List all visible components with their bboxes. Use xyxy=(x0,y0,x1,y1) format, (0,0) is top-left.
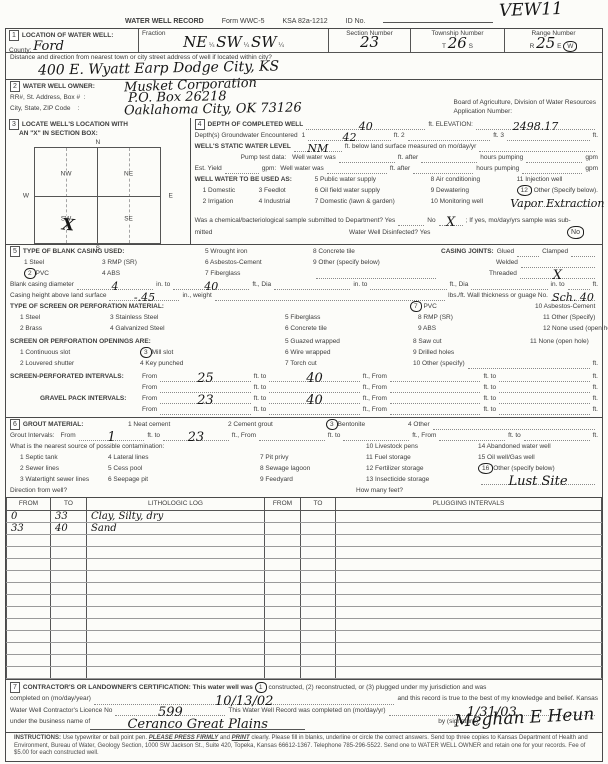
ft-label: ft. xyxy=(593,382,598,393)
contamination-option: 13 Insecticide storage xyxy=(366,474,478,485)
casing-diameter-value: 4 xyxy=(112,282,119,292)
casing-option: 6 Asbestos-Cement xyxy=(205,257,313,268)
sample-question: Was a chemical/bacteriological sample su… xyxy=(195,215,396,226)
section-number-box: 1 xyxy=(9,30,19,41)
depth-label: DEPTH OF COMPLETED WELL xyxy=(208,121,304,128)
sample-no-label: No xyxy=(427,215,435,226)
well-water-was-label: Well water was xyxy=(280,163,324,174)
owner-city-value: Oaklahoma City, OK 73126 xyxy=(124,100,302,118)
section-grout: 6GROUT MATERIAL: 1 Neat cement 2 Cement … xyxy=(6,417,602,497)
blank xyxy=(390,407,480,415)
township-cell: Township Number T 26 S xyxy=(410,29,504,52)
blank xyxy=(507,133,590,141)
blank: 2498.17 xyxy=(476,122,595,130)
contamination-option: 3 Watertight sewer lines xyxy=(20,474,108,485)
direction-question: Direction from well? xyxy=(10,485,67,496)
blank: Vapor Extraction xyxy=(520,199,595,207)
log-row-empty xyxy=(7,618,602,630)
section-square: NW NE SW SE X xyxy=(34,147,161,244)
form-body: 1LOCATION OF WATER WELL: County: Ford Fr… xyxy=(5,28,603,762)
quadrant-se: SE xyxy=(122,216,135,223)
welded-label: Welded xyxy=(496,257,518,268)
blank xyxy=(499,407,589,415)
section-number-box: 2 xyxy=(10,81,20,92)
grout-option: 1 Neat cement xyxy=(128,419,228,430)
ft-label: ft. xyxy=(593,279,598,290)
contamination-other-value: Lust Site xyxy=(508,477,567,487)
from-label: From xyxy=(60,430,75,441)
ft-from-label: ft., From xyxy=(363,404,387,415)
grout-interval-from: 1 xyxy=(107,433,115,443)
blank xyxy=(269,407,359,415)
log-row-empty xyxy=(7,642,602,654)
section-number-box: 6 xyxy=(10,419,20,430)
openings-title: SCREEN OR PERFORATION OPENINGS ARE: xyxy=(10,336,285,347)
locate-title-2: AN "X" IN SECTION BOX: xyxy=(9,130,187,137)
section-well-details: 4DEPTH OF COMPLETED WELL 40 ft. ELEVATIO… xyxy=(191,118,602,244)
contamination-option: 5 Cess pool xyxy=(108,463,260,474)
blank: X xyxy=(439,218,463,226)
ft-label: ft. xyxy=(593,393,598,404)
ft-dia-label: ft., Dia xyxy=(252,279,271,290)
groundwater-label: Depth(s) Groundwater Encountered xyxy=(195,130,298,141)
blank: 10/13/02 xyxy=(94,697,395,705)
screen-pvc-circled: 7 xyxy=(410,301,422,312)
instructions-emphasis: PRINT xyxy=(232,735,250,741)
sample-question-tail: ; If yes, mo/day/yrs sample was sub- xyxy=(466,215,571,226)
screen-intervals-label: SCREEN-PERFORATED INTERVALS: xyxy=(10,371,142,382)
ft-label: ft. xyxy=(593,404,598,415)
log-row-empty xyxy=(7,570,602,582)
id-blank xyxy=(383,16,493,23)
blank: 40 xyxy=(269,396,359,404)
range-e: E xyxy=(557,43,561,50)
water-well-record-form: WATER WELL RECORD Form WWC-5 KSA 82a-121… xyxy=(0,0,608,764)
threaded-label: Threaded xyxy=(489,268,517,279)
log-row: 0 33 Clay, Silty, dry xyxy=(7,510,602,522)
use-option: 8 Air conditioning xyxy=(431,174,517,185)
range-value: 25 xyxy=(536,34,555,52)
log-header-lithologic: LITHOLOGIC LOG xyxy=(87,498,265,510)
screen-option: 5 Fiberglass xyxy=(285,312,418,323)
use-option: 9 Dewatering xyxy=(431,185,517,196)
owner-address-label: RR#, St. Address, Box # xyxy=(10,94,80,101)
opening-option: 6 Wire wrapped xyxy=(285,347,413,358)
bentonite-circled: 3 xyxy=(326,419,338,430)
screen-option: 4 Galvanized Steel xyxy=(110,323,285,334)
ft-label: ft. xyxy=(593,430,598,441)
ft-label: ft. xyxy=(593,371,598,382)
section-owner: 2WATER WELL OWNER: RR#, St. Address, Box… xyxy=(6,79,602,118)
use-option: 4 Industrial xyxy=(259,196,315,207)
use-option: 10 Monitoring well xyxy=(431,196,517,207)
casing-option: 4 ABS xyxy=(102,268,205,279)
certification-text: constructed, (2) reconstructed, or (3) p… xyxy=(269,682,487,694)
instructions-text: and xyxy=(220,735,230,741)
ft-dia-label: ft., Dia xyxy=(450,279,469,290)
opening-option: 7 Torch cut xyxy=(285,358,413,369)
pump-test-label: Pump test data: xyxy=(241,152,287,163)
screen-option: 3 Stainless Steel xyxy=(110,312,285,323)
owner-city-label: City, State, ZIP Code xyxy=(10,105,70,112)
use-option: 3 Feedlot xyxy=(259,185,315,196)
section-certification: 7CONTRACTOR'S OR LANDOWNER'S CERTIFICATI… xyxy=(6,679,602,733)
disinfected-no-circled: No xyxy=(567,226,584,239)
location-title: LOCATION OF WATER WELL: xyxy=(22,32,113,39)
screen-material-title: TYPE OF SCREEN OR PERFORATION MATERIAL: xyxy=(10,301,410,312)
casing-option: 8 Concrete tile xyxy=(313,246,441,257)
log-row-empty xyxy=(7,654,602,666)
compass-w: W xyxy=(23,193,29,200)
section-number-box: 3 xyxy=(9,119,19,130)
blank xyxy=(571,249,595,257)
certification-text: and this record is true to the best of m… xyxy=(397,693,598,705)
use-option: 6 Oil field water supply xyxy=(315,185,431,196)
fraction-3: SW xyxy=(251,33,277,51)
screen-option: 1 Steel xyxy=(20,312,110,323)
contamination-option: 7 Pit privy xyxy=(260,452,366,463)
clamped-label: Clamped xyxy=(542,246,568,257)
opening-option: 2 Louvered shutter xyxy=(20,358,140,369)
form-title: WATER WELL RECORD xyxy=(125,18,204,25)
est-yield-label: Est. Yield xyxy=(195,163,222,174)
fraction-cell: Fraction NE ¼ SW ¼ SW ¼ xyxy=(138,29,328,52)
blank xyxy=(526,155,582,163)
log-row-empty xyxy=(7,558,602,570)
casing-height-label: Casing height above land surface xyxy=(10,290,106,301)
from-label: From xyxy=(142,371,157,382)
blank xyxy=(160,407,250,415)
id-label: ID No. xyxy=(346,18,366,25)
hours-pumping-label: hours pumping xyxy=(480,152,523,163)
blank xyxy=(439,433,505,441)
use-option: 11 Injection well xyxy=(517,174,563,185)
ft-after-label: ft. after xyxy=(398,152,418,163)
blank: 42 xyxy=(308,133,391,141)
blank xyxy=(499,396,589,404)
ft-label: ft. xyxy=(593,130,598,141)
blank xyxy=(225,166,259,174)
ft-to-label: ft. to xyxy=(254,371,267,382)
blank xyxy=(215,293,445,301)
colon: : xyxy=(78,105,80,112)
use-option: 1 Domestic xyxy=(203,185,259,196)
blank: -.45 xyxy=(109,293,179,301)
log-header-from: FROM xyxy=(265,498,301,510)
application-number-label: Application Number: xyxy=(454,107,596,116)
blank: 4 xyxy=(77,282,153,290)
use-option: 7 Domestic (lawn & garden) xyxy=(315,196,431,207)
blank: 1 xyxy=(79,433,145,441)
log-row-empty xyxy=(7,546,602,558)
blank xyxy=(468,361,590,369)
township-s: S xyxy=(469,43,473,50)
section-3-4-row: 3LOCATE WELL'S LOCATION WITH AN "X" IN S… xyxy=(6,118,602,244)
casing-option: 7 Fiberglass xyxy=(205,268,313,279)
use-option: 2 Irrigation xyxy=(203,196,259,207)
blank xyxy=(398,218,424,226)
use-12-circled: 12 xyxy=(517,185,532,196)
distance-row: Distance and direction from nearest town… xyxy=(6,52,602,79)
in-to-label: in. to xyxy=(156,279,170,290)
screen-interval-from: 25 xyxy=(197,374,214,384)
blank: 23 xyxy=(160,396,250,404)
lithologic-log-table: FROM TO LITHOLOGIC LOG FROM TO PLUGGING … xyxy=(6,497,602,679)
ft-after-label: ft. after xyxy=(390,163,410,174)
gravel-pack-to: 40 xyxy=(306,396,323,406)
casing-pvc-circled: 2 xyxy=(24,268,36,279)
gravel-pack-from: 23 xyxy=(197,396,214,406)
groundwater-1-label: 1 xyxy=(302,130,306,141)
log-row-empty xyxy=(7,630,602,642)
gpm-label: gpm xyxy=(585,152,598,163)
ft-to-label: ft. to xyxy=(254,404,267,415)
blank xyxy=(517,249,539,257)
blank: 40 xyxy=(306,122,425,130)
blank xyxy=(269,385,359,393)
handwritten-annotation: VEW11 xyxy=(499,0,563,21)
business-name-value: Ceranco Great Plains xyxy=(127,720,267,730)
depth-value: 40 xyxy=(359,122,373,132)
ft-from-label: ft., From xyxy=(363,371,387,382)
center-horizontal-line xyxy=(35,196,160,197)
blank xyxy=(327,166,387,174)
wall-thickness-label: lbs./ft. Wall thickness or guage No. xyxy=(448,290,548,301)
static-water-level-label: WELL'S STATIC WATER LEVEL xyxy=(195,141,291,152)
section-locate-box: 3LOCATE WELL'S LOCATION WITH AN "X" IN S… xyxy=(6,118,191,244)
county-cell: 1LOCATION OF WATER WELL: County: Ford xyxy=(6,29,138,52)
blank: 599 xyxy=(115,708,225,716)
log-header-to: TO xyxy=(51,498,87,510)
section-number-box: 7 xyxy=(10,682,20,693)
ft-from-label: ft., From xyxy=(412,430,436,441)
blank xyxy=(479,144,595,152)
casing-joints-label: CASING JOINTS: xyxy=(441,246,494,257)
ft-to-label: ft. to xyxy=(483,371,496,382)
use-option: Other (Specify below). xyxy=(534,187,598,194)
township-value: 26 xyxy=(448,34,467,52)
blank xyxy=(521,260,595,268)
licence-label: Water Well Contractor's Licence No xyxy=(10,705,112,717)
blank xyxy=(390,385,480,393)
in-to-label: in. to xyxy=(353,279,367,290)
compass-n: N xyxy=(95,139,100,146)
township-t: T xyxy=(442,43,446,50)
blank: Sch. 40 xyxy=(551,293,595,301)
contamination-option: Other (specify below) xyxy=(493,465,554,472)
screen-option: 2 Brass xyxy=(20,323,110,334)
business-name-blank: Ceranco Great Plains xyxy=(90,719,305,730)
owner-title: WATER WELL OWNER: xyxy=(23,83,95,90)
log-row-empty xyxy=(7,606,602,618)
section-number-value: 23 xyxy=(332,33,407,51)
blank: Lust Site xyxy=(481,477,595,485)
well-location-x-mark: X xyxy=(61,214,75,234)
range-cell: Range Number R 25 E W xyxy=(504,29,602,52)
quadrant-nw: NW xyxy=(59,170,74,177)
ft-to-label: ft. to xyxy=(483,382,496,393)
blank: 40 xyxy=(173,282,249,290)
opening-option: 1 Continuous slot xyxy=(20,347,140,358)
quarter-mark: ¼ xyxy=(244,42,249,49)
blank xyxy=(421,155,477,163)
blank xyxy=(499,385,589,393)
blank xyxy=(568,282,590,290)
contamination-option: 12 Fertilizer storage xyxy=(366,463,478,474)
colon: : xyxy=(84,94,86,101)
contamination-option: 6 Seepage pit xyxy=(108,474,260,485)
instructions-emphasis: PLEASE PRESS FIRMLY xyxy=(149,735,219,741)
contamination-option: 15 Oil well/Gas well xyxy=(478,452,535,463)
from-label: From xyxy=(142,382,157,393)
ft-label: ft. xyxy=(593,358,598,369)
screen-option: 12 None used (open hole) xyxy=(543,323,608,334)
grout-option: Bentonite xyxy=(338,421,365,428)
log-to: 33 xyxy=(55,512,68,522)
casing-option: 3 RMP (SR) xyxy=(102,257,205,268)
contamination-option: 2 Sewer lines xyxy=(20,463,108,474)
groundwater-2-label: ft. 2 xyxy=(394,130,405,141)
grout-intervals-label: Grout Intervals: xyxy=(10,430,54,441)
blank xyxy=(471,282,547,290)
constructed-circled: 1 xyxy=(255,682,267,693)
statute: KSA 82a-1212 xyxy=(282,18,327,25)
quadrant-ne: NE xyxy=(122,170,135,177)
blank xyxy=(413,166,473,174)
ft-from-label: ft., From xyxy=(232,430,256,441)
ft-to-label: ft. to xyxy=(483,404,496,415)
blank xyxy=(370,282,446,290)
log-from: 33 xyxy=(11,524,24,534)
use-option: 5 Public water supply xyxy=(315,174,431,185)
ft-to-label: ft. to xyxy=(254,382,267,393)
fraction-2: SW xyxy=(216,33,242,51)
ft-to-label: ft. to xyxy=(147,430,160,441)
from-label: From xyxy=(142,393,157,404)
gpm-label: gpm xyxy=(585,163,598,174)
compass-e: E xyxy=(168,193,172,200)
form-number: Form WWC-5 xyxy=(222,18,265,25)
opening-option: Mill slot xyxy=(152,349,174,356)
gpm2-label: gpm: xyxy=(262,163,276,174)
section-casing: 5TYPE OF BLANK CASING USED: 5 Wrought ir… xyxy=(6,244,602,417)
disinfected-question: Water Well Disinfected? Yes xyxy=(349,227,430,238)
completed-date-value: 10/13/02 xyxy=(215,697,273,707)
log-description: Clay, Silty, dry xyxy=(91,512,163,522)
screen-interval-to: 40 xyxy=(306,374,323,384)
opening-option: 8 Saw cut xyxy=(413,336,530,347)
contamination-option: 9 Feedyard xyxy=(260,474,366,485)
instructions-text: Use typewriter or ball point pen. xyxy=(63,735,147,741)
contamination-option: 8 Sewage lagoon xyxy=(260,463,366,474)
section-box-diagram: N S W E NW NE SW SE X xyxy=(23,141,173,251)
blank xyxy=(339,155,395,163)
casing-option: 1 Steel xyxy=(24,257,102,268)
log-row-empty xyxy=(7,582,602,594)
hours-pumping-label: hours pumping xyxy=(476,163,519,174)
casing-option: 5 Wrought iron xyxy=(205,246,313,257)
contamination-option: 11 Fuel storage xyxy=(366,452,478,463)
blank xyxy=(499,374,589,382)
sample-question-tail-2: mitted xyxy=(195,227,213,238)
blank xyxy=(390,374,480,382)
static-water-level-post: ft. below land surface measured on mo/da… xyxy=(345,141,477,152)
blank xyxy=(259,433,325,441)
groundwater-1-value: 42 xyxy=(343,133,357,143)
opening-option: 11 None (open hole) xyxy=(530,336,589,347)
section-location: 1LOCATION OF WATER WELL: County: Ford Fr… xyxy=(6,29,602,79)
blank: NM xyxy=(294,144,342,152)
opening-option: 4 Key punched xyxy=(140,358,285,369)
log-header-plugging: PLUGGING INTERVALS xyxy=(336,498,602,510)
blank xyxy=(343,433,409,441)
blank xyxy=(433,422,595,430)
opening-option: 5 Guazed wrapped xyxy=(285,336,413,347)
blank xyxy=(160,385,250,393)
ft-to-label: ft. to xyxy=(328,430,341,441)
blank xyxy=(408,133,491,141)
log-from: 0 xyxy=(11,512,17,522)
glued-label: Glued xyxy=(497,246,514,257)
grout-option: 4 Other xyxy=(408,419,430,430)
ft-to-label: ft. to xyxy=(508,430,521,441)
grout-interval-to: 23 xyxy=(188,433,205,443)
blank xyxy=(522,166,582,174)
ft-from-label: ft., From xyxy=(363,393,387,404)
log-row-empty xyxy=(7,534,602,546)
instructions-label: INSTRUCTIONS: xyxy=(14,735,61,741)
ft-to-label: ft. to xyxy=(254,393,267,404)
quarter-mark: ¼ xyxy=(209,42,214,49)
ft-from-label: ft., From xyxy=(363,382,387,393)
ft-to-label: ft. to xyxy=(483,393,496,404)
blank: 40 xyxy=(269,374,359,382)
grout-option: 2 Cement grout xyxy=(228,419,326,430)
elevation-label: ft. ELEVATION: xyxy=(428,119,473,130)
log-row-empty xyxy=(7,594,602,606)
casing-depth-value: 40 xyxy=(204,282,218,292)
casing-height-value: -.45 xyxy=(134,293,155,303)
contamination-option: 10 Livestock pens xyxy=(366,441,478,452)
section-number-cell: Section Number 23 xyxy=(328,29,410,52)
certification-title: CONTRACTOR'S OR LANDOWNER'S CERTIFICATIO… xyxy=(23,684,253,691)
section-number-box: 4 xyxy=(195,119,205,130)
range-r: R xyxy=(530,43,535,50)
log-header-to: TO xyxy=(301,498,336,510)
log-row-empty xyxy=(7,666,602,678)
sample-no-x-mark: X xyxy=(446,218,455,228)
location-row: 1LOCATION OF WATER WELL: County: Ford Fr… xyxy=(6,29,602,52)
wall-thickness-value: Sch. 40 xyxy=(552,293,594,303)
screen-option: 11 Other (Specify) xyxy=(543,312,595,323)
casing-title: TYPE OF BLANK CASING USED: xyxy=(23,248,124,255)
completed-on-label: completed on (mo/day/year) xyxy=(10,693,91,705)
contamination-option: 14 Abandoned water well xyxy=(478,441,551,452)
business-name-label: under the business name of xyxy=(10,716,90,728)
quarter-mark: ¼ xyxy=(278,42,283,49)
use-label: WELL WATER TO BE USED AS: xyxy=(195,174,315,185)
grout-title: GROUT MATERIAL: xyxy=(23,421,84,428)
groundwater-3-label: ft. 3 xyxy=(493,130,504,141)
blank: X xyxy=(520,271,595,279)
instructions: INSTRUCTIONS: Use typewriter or ball poi… xyxy=(6,732,602,761)
blank xyxy=(274,282,350,290)
other-specify-blank xyxy=(316,271,436,279)
opening-option: 9 Drilled holes xyxy=(413,347,454,358)
contamination-option: 4 Lateral lines xyxy=(108,452,260,463)
static-water-level-value: NM xyxy=(307,144,328,154)
elevation-value: 2498.17 xyxy=(513,122,559,132)
